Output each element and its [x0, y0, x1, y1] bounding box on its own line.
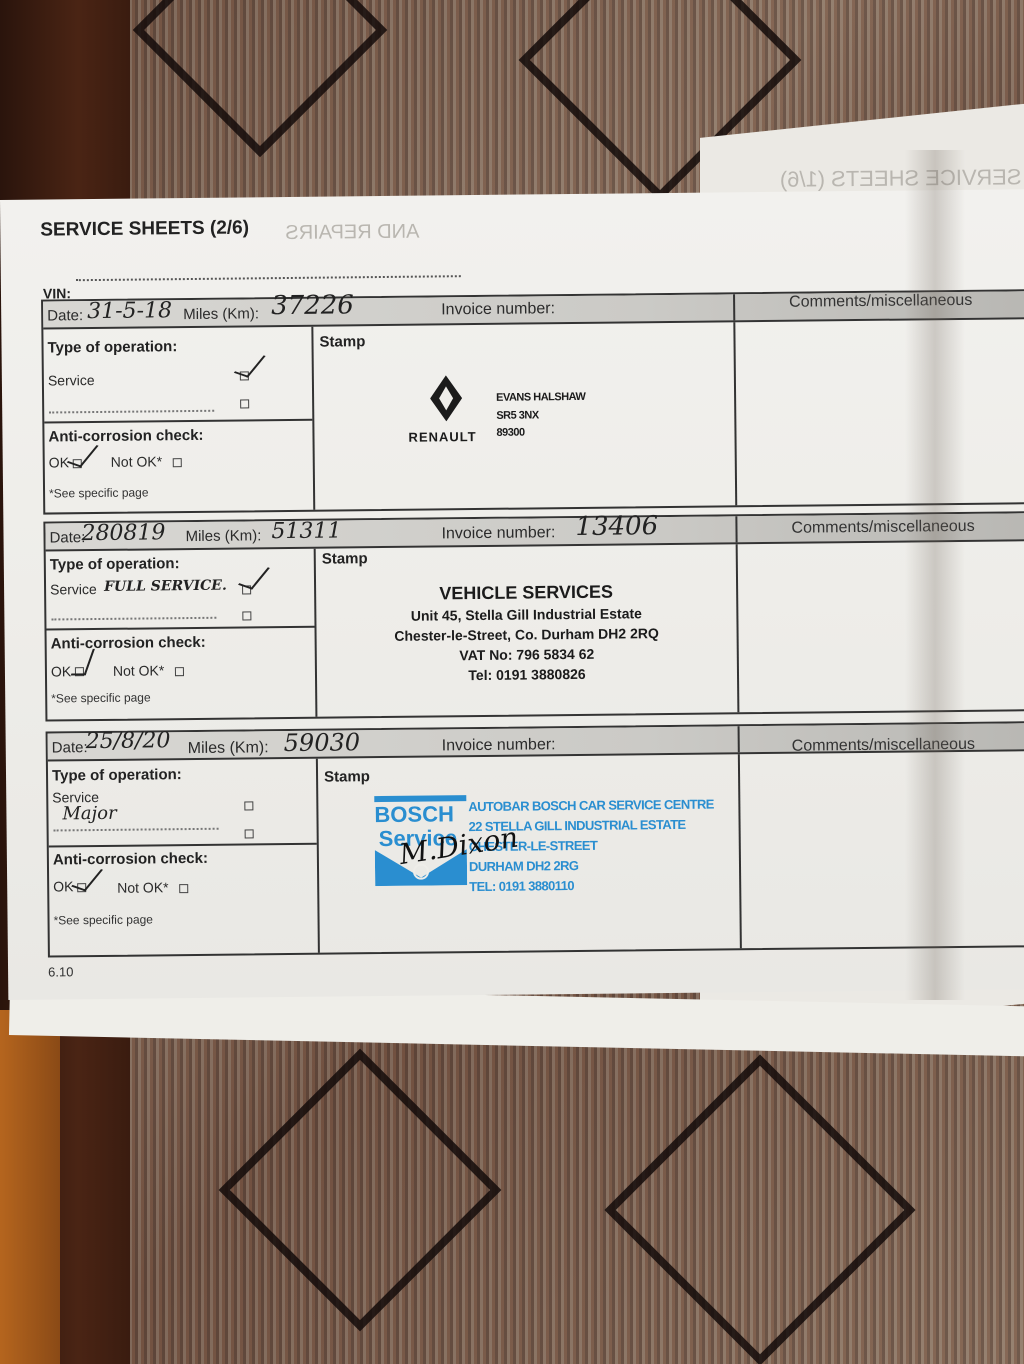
stamp-line-2: SR5 3NX	[496, 409, 538, 421]
reversed-page-title: SERVICE SHEETS (1/6)	[780, 164, 1022, 193]
anti-corrosion-label: Anti-corrosion check:	[51, 634, 206, 653]
stamp-line-5: Tel: 0191 3880826	[317, 664, 737, 684]
service-record-1: Date: 31-5-18 Miles (Km): 37226 Invoice …	[41, 289, 1024, 514]
see-specific-page-note: *See specific page	[53, 912, 153, 927]
other-operation-checkbox[interactable]	[245, 829, 254, 838]
carpet-pattern	[604, 1054, 915, 1364]
stamp-line-3: 89300	[496, 427, 524, 439]
invoice-label: Invoice number:	[441, 524, 555, 543]
miles-value[interactable]: 37226	[271, 290, 354, 321]
service-label: Service	[48, 372, 95, 388]
invoice-label: Invoice number:	[441, 300, 555, 319]
reversed-heading: AND REPAIRS	[285, 221, 419, 245]
ok-label: OK	[51, 663, 71, 679]
stamp-brand: RENAULT	[408, 429, 476, 445]
date-value[interactable]: 31-5-18	[87, 298, 172, 324]
miles-value[interactable]: 51311	[271, 518, 341, 544]
paper-fold-shadow	[905, 150, 965, 1000]
stamp-line-5: TEL: 0191 3880110	[469, 878, 574, 894]
miles-label: Miles (Km):	[185, 527, 261, 545]
carpet-pattern	[133, 0, 388, 157]
renault-logo-icon	[430, 375, 462, 421]
record-header: Date: 31-5-18 Miles (Km): 37226 Invoice …	[43, 291, 1024, 329]
date-label: Date:	[52, 739, 88, 756]
other-operation-checkbox[interactable]	[242, 611, 251, 620]
carpet-pattern	[219, 1049, 502, 1332]
record-header: Date: 280819 Miles (Km): 51311 Invoice n…	[45, 513, 1024, 551]
vin-field[interactable]	[76, 275, 461, 281]
not-ok-checkbox[interactable]	[179, 884, 188, 893]
page-title: SERVICE SHEETS (2/6)	[40, 217, 249, 241]
stamp-line-3: Chester-le-Street, Co. Durham DH2 2RQ	[317, 624, 737, 644]
other-operation-checkbox[interactable]	[240, 399, 249, 408]
not-ok-checkbox[interactable]	[175, 667, 184, 676]
checkmark-icon	[71, 649, 95, 676]
anti-corrosion-label: Anti-corrosion check:	[53, 850, 208, 869]
not-ok-label: Not OK*	[113, 662, 165, 679]
miles-value[interactable]: 59030	[284, 728, 361, 757]
invoice-value[interactable]: 13406	[575, 511, 658, 542]
type-of-operation-label: Type of operation:	[50, 555, 180, 573]
stamp-label: Stamp	[322, 550, 368, 567]
page-number: 6.10	[48, 964, 73, 979]
service-note[interactable]: FULL SERVICE.	[104, 578, 227, 595]
stamp-line-1: AUTOBAR BOSCH CAR SERVICE CENTRE	[468, 797, 714, 815]
stamp-label: Stamp	[319, 333, 365, 350]
service-checkbox[interactable]	[244, 801, 253, 810]
checkmark-icon	[71, 865, 103, 892]
stamp-brand-top: BOSCH	[374, 801, 454, 828]
miles-label: Miles (Km):	[188, 739, 269, 758]
see-specific-page-note: *See specific page	[51, 690, 151, 705]
type-of-operation-label: Type of operation:	[47, 338, 177, 356]
not-ok-label: Not OK*	[111, 453, 163, 470]
not-ok-label: Not OK*	[117, 879, 169, 896]
stamp-label: Stamp	[324, 768, 370, 785]
date-label: Date:	[47, 307, 83, 324]
service-record-3: Date: 25/8/20 Miles (Km): 59030 Invoice …	[46, 721, 1024, 957]
date-value[interactable]: 280819	[81, 520, 165, 546]
stamp-line-4: VAT No: 796 5834 62	[317, 644, 737, 664]
stamp-line-2: Unit 45, Stella Gill Industrial Estate	[316, 604, 736, 624]
checkmark-icon	[238, 563, 270, 590]
service-record-2: Date: 280819 Miles (Km): 51311 Invoice n…	[43, 511, 1024, 721]
type-of-operation-label: Type of operation:	[52, 766, 182, 784]
stamp-line-4: DURHAM DH2 2RG	[469, 858, 578, 874]
service-label: Service	[50, 581, 97, 597]
service-note[interactable]: Major	[62, 803, 116, 825]
service-sheet-page: SERVICE SHEETS (1/6) AND REPAIRS SERVICE…	[0, 189, 1024, 1000]
invoice-label: Invoice number:	[442, 736, 556, 755]
record-header: Date: 25/8/20 Miles (Km): 59030 Invoice …	[48, 723, 1024, 761]
date-value[interactable]: 25/8/20	[86, 728, 171, 754]
miles-label: Miles (Km):	[183, 305, 259, 323]
stamp-line-1: VEHICLE SERVICES	[316, 580, 736, 605]
date-label: Date:	[49, 529, 85, 546]
checkmark-icon	[234, 351, 266, 378]
not-ok-checkbox[interactable]	[173, 458, 182, 467]
anti-corrosion-label: Anti-corrosion check:	[48, 427, 203, 446]
see-specific-page-note: *See specific page	[49, 485, 149, 500]
wooden-floor-edge	[0, 1010, 60, 1364]
stamp-line-1: EVANS HALSHAW	[496, 391, 585, 404]
